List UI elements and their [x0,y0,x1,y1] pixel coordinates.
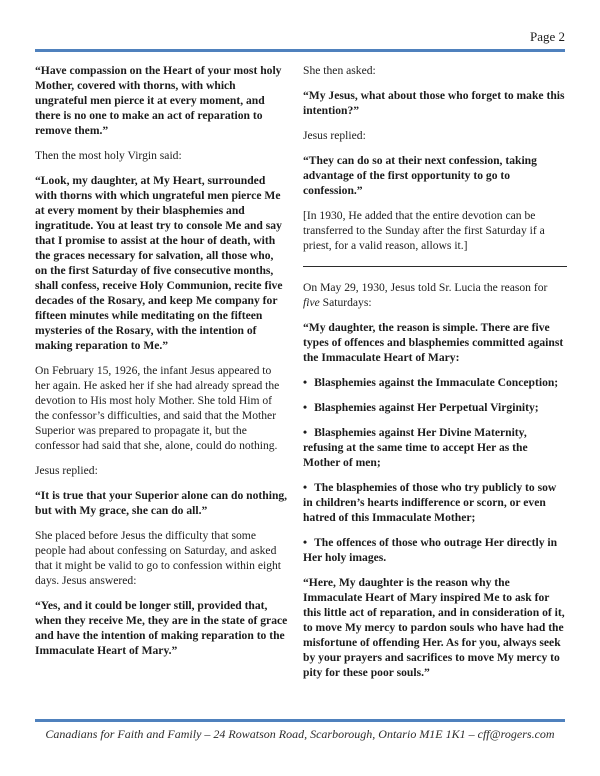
quote-paragraph: “They can do so at their next confession… [303,153,567,198]
footer-text: Canadians for Faith and Family – 24 Rowa… [35,727,565,742]
bullet-text: Blasphemies against Her Divine Maternity… [303,426,528,469]
quote-paragraph: “Yes, and it could be longer still, prov… [35,598,288,658]
two-column-body: “Have compassion on the Heart of your mo… [35,63,567,690]
bullet-item: •Blasphemies against Her Perpetual Virgi… [303,400,567,415]
bullet-text: The offences of those who outrage Her di… [303,536,557,564]
bullet-marker: • [303,480,307,495]
narration-paragraph: She placed before Jesus the difficulty t… [35,528,288,588]
header-rule [35,49,565,52]
quote-paragraph: “My Jesus, what about those who forget t… [303,88,567,118]
bullet-item: •The offences of those who outrage Her d… [303,535,567,565]
bracket-note-paragraph: [In 1930, He added that the entire devot… [303,208,567,253]
narration-paragraph: Jesus replied: [35,463,288,478]
bullet-marker: • [303,375,307,390]
footer-rule [35,719,565,722]
narration-paragraph: On May 29, 1930, Jesus told Sr. Lucia th… [303,280,567,310]
quote-paragraph: “Have compassion on the Heart of your mo… [35,63,288,138]
narration-paragraph: She then asked: [303,63,567,78]
bullet-marker: • [303,400,307,415]
quote-paragraph: “Look, my daughter, at My Heart, surroun… [35,173,288,353]
bullet-marker: • [303,425,307,440]
bullet-text: The blasphemies of those who try publicl… [303,481,556,524]
left-column: “Have compassion on the Heart of your mo… [35,63,288,690]
bullet-item: •Blasphemies against Her Divine Maternit… [303,425,567,470]
right-column: She then asked: “My Jesus, what about th… [303,63,567,690]
page-number: Page 2 [35,29,565,45]
narration-paragraph: Jesus replied: [303,128,567,143]
bullet-item: •The blasphemies of those who try public… [303,480,567,525]
quote-paragraph: “Here, My daughter is the reason why the… [303,575,567,680]
intro-text-pre: On May 29, 1930, Jesus told Sr. Lucia th… [303,281,547,294]
section-divider [303,266,567,267]
intro-text-post: Saturdays: [320,296,372,309]
bullet-marker: • [303,535,307,550]
bullet-text: Blasphemies against the Immaculate Conce… [314,376,558,389]
bullet-text: Blasphemies against Her Perpetual Virgin… [314,401,539,414]
page-header: Page 2 [0,0,600,52]
intro-italic-word: five [303,296,320,309]
page-footer: Canadians for Faith and Family – 24 Rowa… [35,719,565,742]
quote-paragraph: “My daughter, the reason is simple. Ther… [303,320,567,365]
narration-paragraph: Then the most holy Virgin said: [35,148,288,163]
narration-paragraph: On February 15, 1926, the infant Jesus a… [35,363,288,453]
quote-paragraph: “It is true that your Superior alone can… [35,488,288,518]
bullet-item: •Blasphemies against the Immaculate Conc… [303,375,567,390]
